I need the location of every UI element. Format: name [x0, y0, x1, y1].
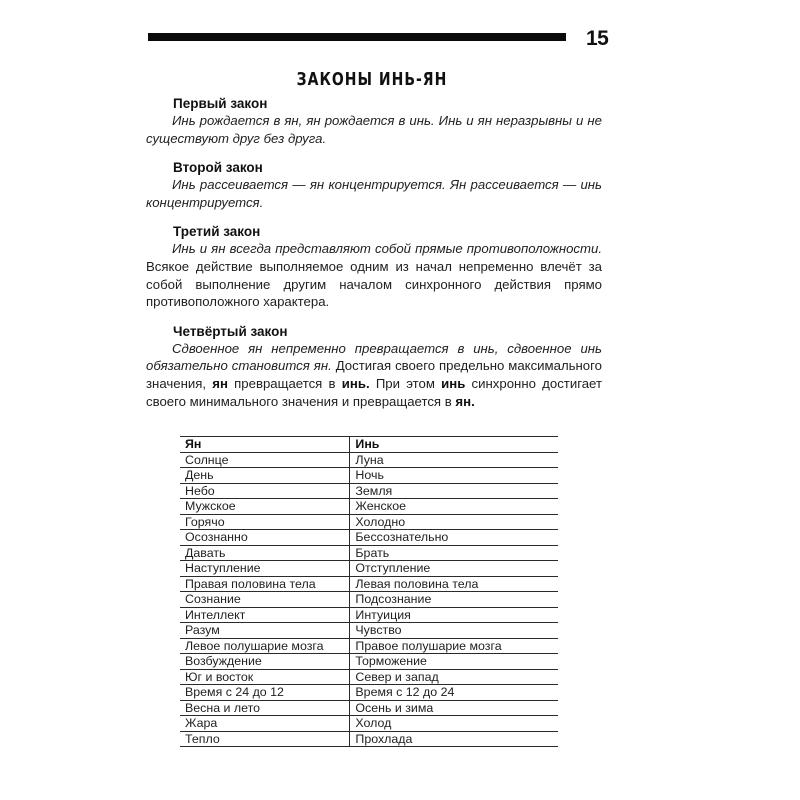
- book-page: 15 ЗАКОНЫ ИНЬ-ЯН Первый законИнь рождает…: [0, 0, 800, 800]
- cell-yang: Солнце: [180, 452, 350, 468]
- cell-yin: Холодно: [350, 514, 558, 530]
- yin-yang-table: Ян Инь СолнцеЛунаДеньНочьНебоЗемляМужско…: [180, 436, 558, 747]
- column-header-yin: Инь: [350, 437, 558, 453]
- table-row: РазумЧувство: [180, 623, 558, 639]
- law-text-segment: При этом: [370, 376, 442, 391]
- cell-yin: Женское: [350, 499, 558, 515]
- cell-yin: Время с 12 до 24: [350, 685, 558, 701]
- table-row: ВозбуждениеТорможение: [180, 654, 558, 670]
- law-text: Инь рождается в ян, ян рождается в инь. …: [146, 112, 602, 147]
- law-heading: Третий закон: [146, 223, 602, 240]
- cell-yin: Чувство: [350, 623, 558, 639]
- law-heading: Второй закон: [146, 159, 602, 176]
- cell-yang: Возбуждение: [180, 654, 350, 670]
- table-row: ДаватьБрать: [180, 545, 558, 561]
- cell-yin: Прохлада: [350, 731, 558, 747]
- table-row: СознаниеПодсознание: [180, 592, 558, 608]
- cell-yin: Север и запад: [350, 669, 558, 685]
- table-header-row: Ян Инь: [180, 437, 558, 453]
- table-row: МужскоеЖенское: [180, 499, 558, 515]
- table-row: ДеньНочь: [180, 468, 558, 484]
- cell-yang: Небо: [180, 483, 350, 499]
- law-3: Третий законИнь и ян всегда представляют…: [146, 223, 602, 310]
- cell-yang: Сознание: [180, 592, 350, 608]
- law-text-segment: Инь рассеивается — ян концентрируется. Я…: [146, 177, 602, 210]
- table-row: Весна и летоОсень и зима: [180, 700, 558, 716]
- table-row: НебоЗемля: [180, 483, 558, 499]
- law-text-segment: инь.: [342, 376, 370, 391]
- cell-yin: Осень и зима: [350, 700, 558, 716]
- law-2: Второй законИнь рассеивается — ян концен…: [146, 159, 602, 211]
- cell-yang: Горячо: [180, 514, 350, 530]
- cell-yang: Левое полушарие мозга: [180, 638, 350, 654]
- table-row: СолнцеЛуна: [180, 452, 558, 468]
- law-heading: Первый закон: [146, 95, 602, 112]
- cell-yin: Торможение: [350, 654, 558, 670]
- law-text-segment: Инь рождается в ян, ян рождается в инь. …: [146, 113, 602, 146]
- law-text: Инь и ян всегда представляют собой прямы…: [146, 240, 602, 310]
- cell-yang: Интеллект: [180, 607, 350, 623]
- cell-yang: Наступление: [180, 561, 350, 577]
- cell-yang: Разум: [180, 623, 350, 639]
- cell-yang: Осознанно: [180, 530, 350, 546]
- cell-yin: Правое полушарие мозга: [350, 638, 558, 654]
- cell-yin: Подсознание: [350, 592, 558, 608]
- cell-yin: Луна: [350, 452, 558, 468]
- cell-yang: Тепло: [180, 731, 350, 747]
- table-row: Время с 24 до 12Время с 12 до 24: [180, 685, 558, 701]
- cell-yin: Холод: [350, 716, 558, 732]
- law-1: Первый законИнь рождается в ян, ян рожда…: [146, 95, 602, 147]
- law-text-segment: инь: [441, 376, 465, 391]
- law-text-segment: превращается в: [228, 376, 342, 391]
- table-row: ТеплоПрохлада: [180, 731, 558, 747]
- cell-yang: Мужское: [180, 499, 350, 515]
- cell-yin: Ночь: [350, 468, 558, 484]
- page-title: ЗАКОНЫ ИНЬ-ЯН: [0, 70, 744, 90]
- cell-yang: Весна и лето: [180, 700, 350, 716]
- cell-yin: Левая половина тела: [350, 576, 558, 592]
- law-text: Сдвоенное ян непременно превращается в и…: [146, 340, 602, 410]
- table-row: НаступлениеОтступление: [180, 561, 558, 577]
- table-row: ГорячоХолодно: [180, 514, 558, 530]
- cell-yin: Брать: [350, 545, 558, 561]
- law-text-segment: Инь и ян всегда представляют собой прямы…: [172, 241, 602, 256]
- table-row: Юг и востокСевер и запад: [180, 669, 558, 685]
- cell-yin: Отступление: [350, 561, 558, 577]
- cell-yang: Юг и восток: [180, 669, 350, 685]
- page-number: 15: [586, 27, 608, 51]
- cell-yang: Время с 24 до 12: [180, 685, 350, 701]
- law-text-segment: Всякое действие выполняемое одним из нач…: [146, 259, 602, 309]
- law-heading: Четвёртый закон: [146, 323, 602, 340]
- cell-yin: Интуиция: [350, 607, 558, 623]
- cell-yang: Правая половина тела: [180, 576, 350, 592]
- table-row: ЖараХолод: [180, 716, 558, 732]
- table-row: Правая половина телаЛевая половина тела: [180, 576, 558, 592]
- table-row: ИнтеллектИнтуиция: [180, 607, 558, 623]
- table-row: ОсознанноБессознательно: [180, 530, 558, 546]
- cell-yang: День: [180, 468, 350, 484]
- cell-yin: Земля: [350, 483, 558, 499]
- table-row: Левое полушарие мозгаПравое полушарие мо…: [180, 638, 558, 654]
- law-text-segment: ян.: [455, 394, 474, 409]
- cell-yang: Жара: [180, 716, 350, 732]
- laws-section: Первый законИнь рождается в ян, ян рожда…: [146, 95, 602, 410]
- law-text-segment: ян: [212, 376, 228, 391]
- law-4: Четвёртый законСдвоенное ян непременно п…: [146, 323, 602, 410]
- cell-yang: Давать: [180, 545, 350, 561]
- header-rule: [148, 33, 566, 41]
- law-text: Инь рассеивается — ян концентрируется. Я…: [146, 176, 602, 211]
- cell-yin: Бессознательно: [350, 530, 558, 546]
- column-header-yang: Ян: [180, 437, 350, 453]
